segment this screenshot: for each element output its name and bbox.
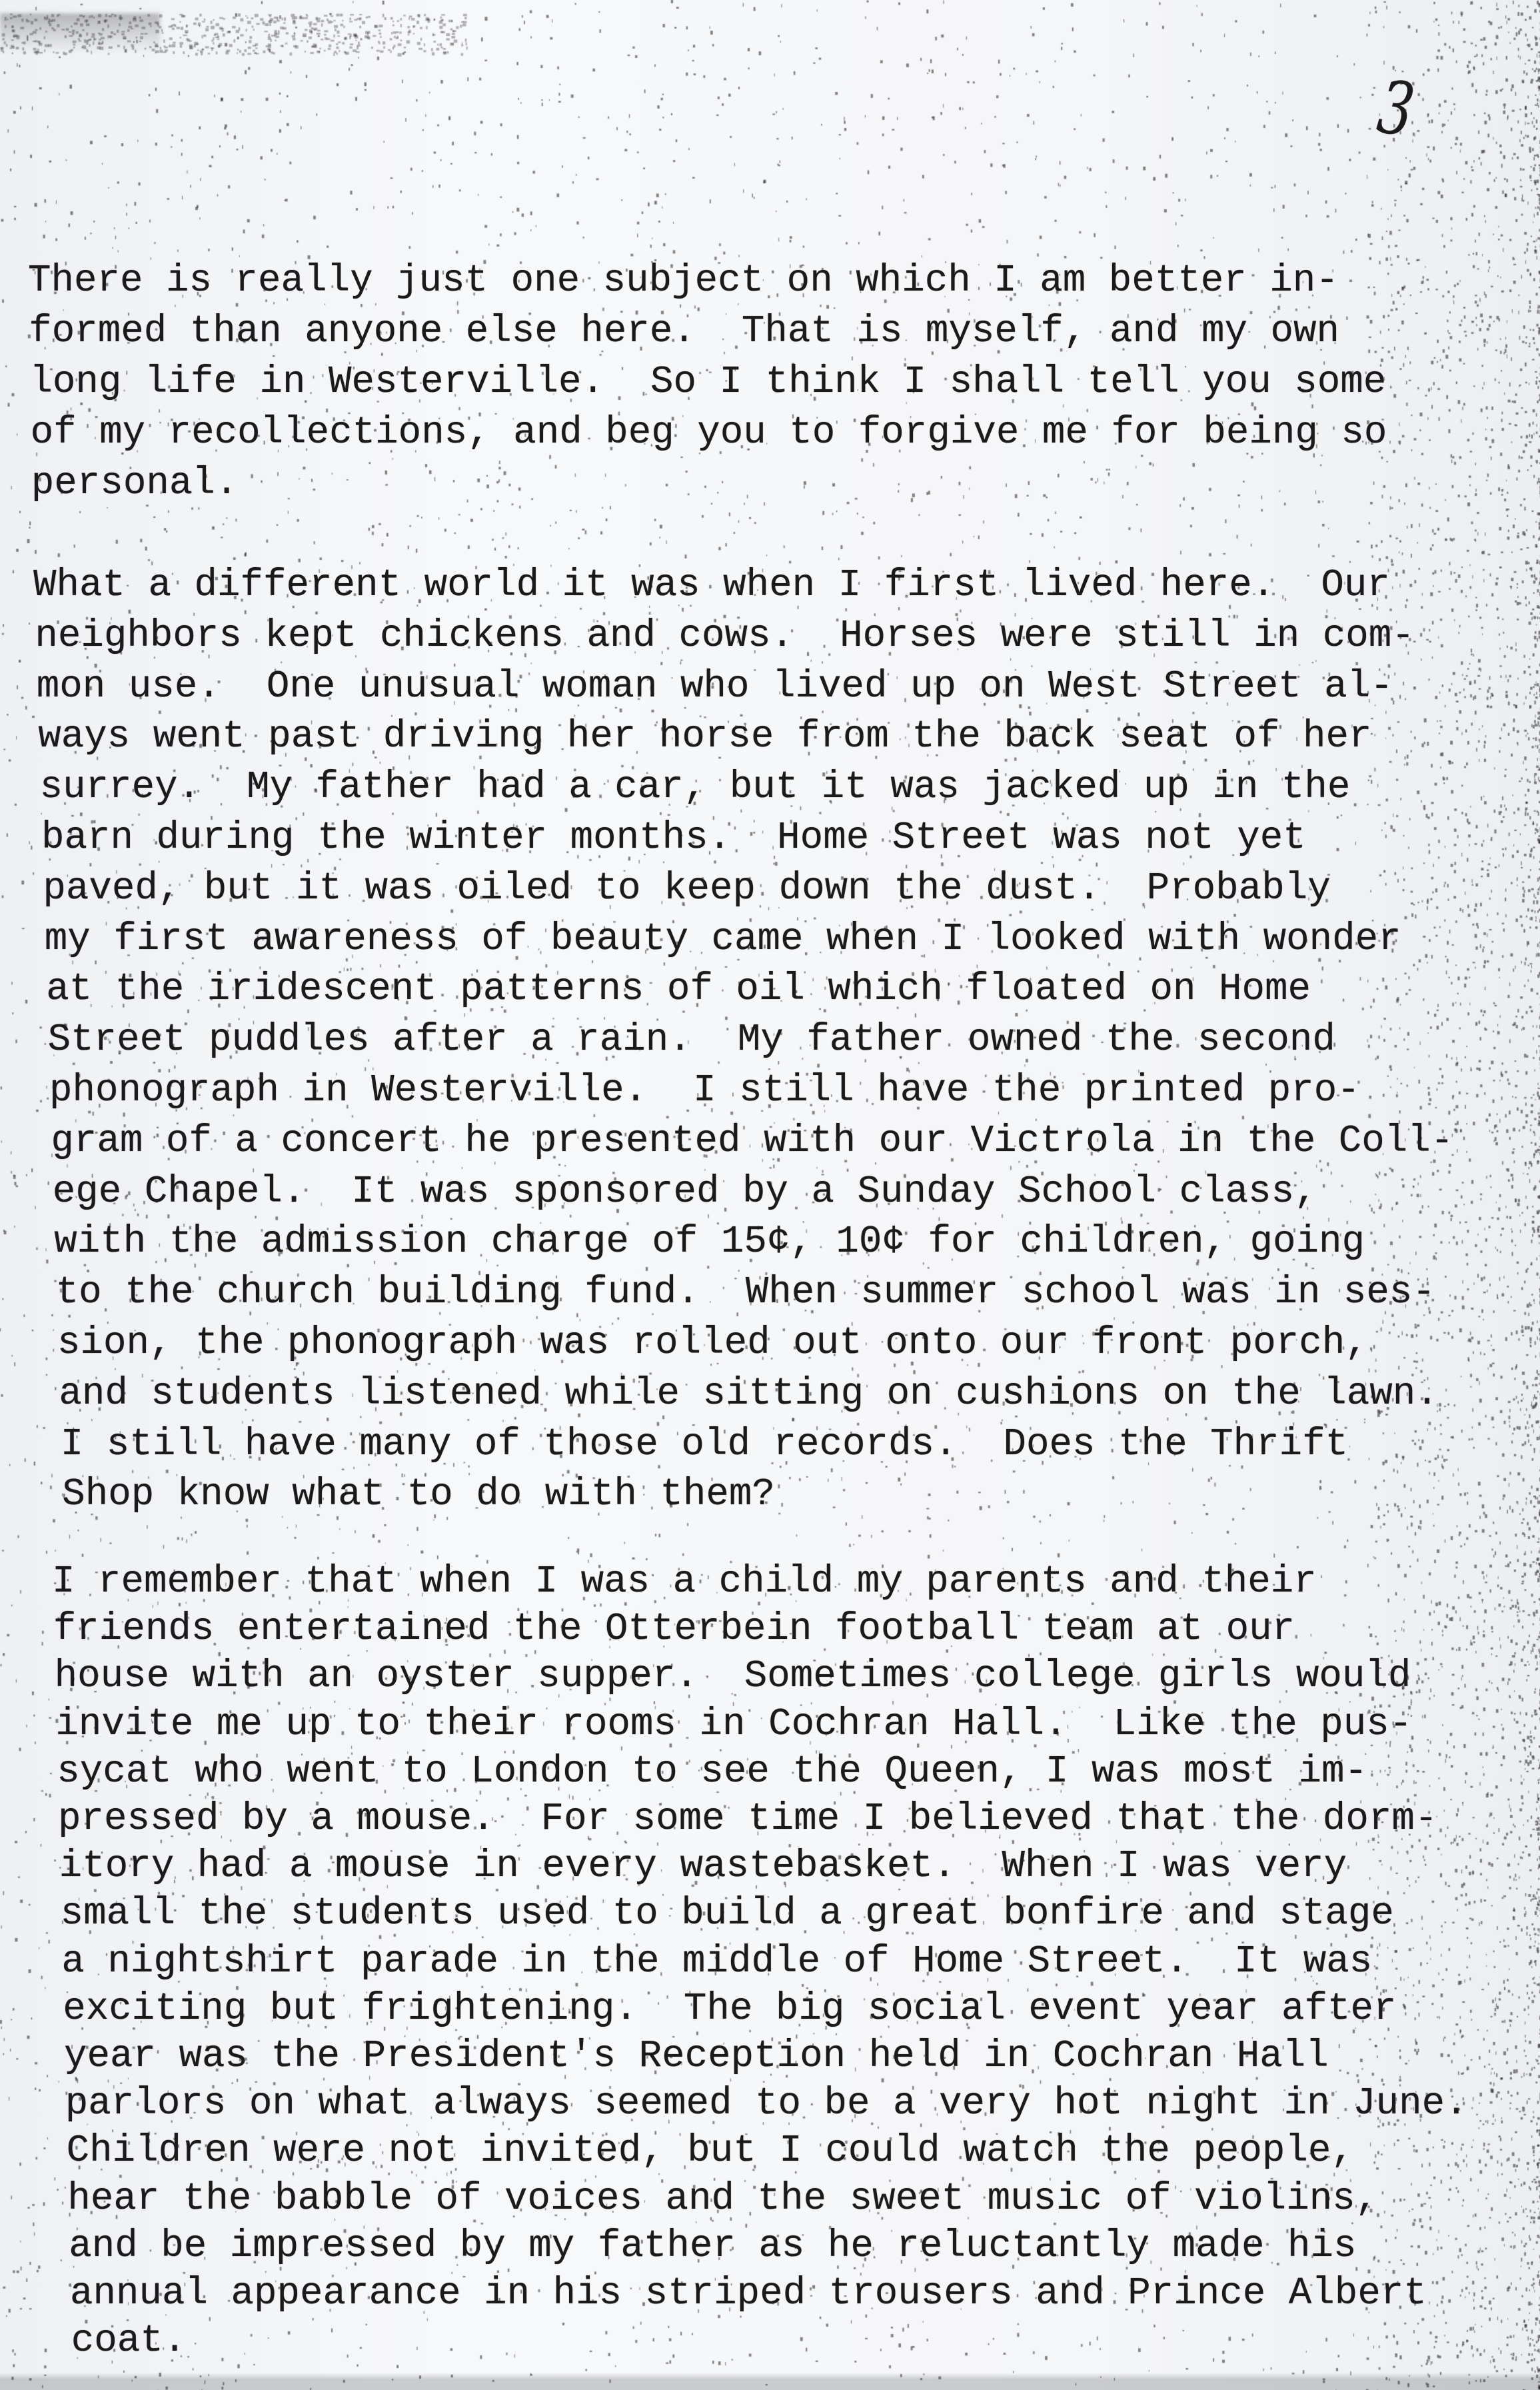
text-line: year was the President's Reception held … xyxy=(64,2037,1329,2076)
text-line: Street puddles after a rain. My father o… xyxy=(48,1021,1335,1060)
copier-smudge xyxy=(0,13,160,53)
text-line: to the church building fund. When summer… xyxy=(56,1274,1435,1312)
text-line: barn during the winter months. Home Stre… xyxy=(41,819,1306,858)
text-line: surrey. My father had a car, but it was … xyxy=(40,768,1351,807)
text-line: pressed by a mouse. For some time I beli… xyxy=(58,1800,1437,1839)
text-line: house with an oyster supper. Sometimes c… xyxy=(55,1658,1411,1696)
text-line: There is really just one subject on whic… xyxy=(28,262,1339,301)
text-line: What a different world it was when I fir… xyxy=(33,567,1390,605)
text-line: I remember that when I was a child my pa… xyxy=(52,1563,1317,1602)
text-line: of my recollections, and beg you to forg… xyxy=(31,414,1387,453)
text-line: small the students used to build a great… xyxy=(61,1895,1394,1933)
text-line: mon use. One unusual woman who lived up … xyxy=(37,668,1393,706)
text-line: sion, the phonograph was rolled out onto… xyxy=(57,1324,1368,1363)
text-line: coat. xyxy=(71,2322,187,2361)
text-line: itory had a mouse in every wastebasket. … xyxy=(59,1847,1347,1886)
text-line: ways went past driving her horse from th… xyxy=(38,718,1371,756)
scanned-page: 3 There is really just one subject on wh… xyxy=(0,0,1540,2390)
text-line: Shop know what to do with them? xyxy=(62,1476,775,1514)
text-line: at the iridescent patterns of oil which … xyxy=(46,970,1311,1009)
text-line: my first awareness of beauty came when I… xyxy=(45,920,1401,959)
text-line: with the admission charge of 15¢, 10¢ fo… xyxy=(54,1223,1365,1262)
text-line: Children were not invited, but I could w… xyxy=(67,2132,1354,2171)
text-line: phonograph in Westerville. I still have … xyxy=(49,1072,1360,1110)
text-line: invite me up to their rooms in Cochran H… xyxy=(55,1706,1412,1744)
text-line: ege Chapel. It was sponsored by a Sunday… xyxy=(53,1173,1317,1212)
text-line: friends entertained the Otterbein footba… xyxy=(53,1610,1295,1649)
text-line: a nightshirt parade in the middle of Hom… xyxy=(61,1943,1372,1981)
text-line: long life in Westerville. So I think I s… xyxy=(29,363,1386,402)
text-line: formed than anyone else here. That is my… xyxy=(29,313,1339,351)
text-line: sycat who went to London to see the Quee… xyxy=(57,1753,1367,1792)
text-line: paved, but it was oiled to keep down the… xyxy=(43,870,1330,908)
handwritten-page-number: 3 xyxy=(1373,70,1418,147)
text-line: and be impressed by my father as he relu… xyxy=(69,2227,1356,2266)
text-line: hear the babble of voices and the sweet … xyxy=(67,2180,1378,2219)
text-line: gram of a concert he presented with our … xyxy=(51,1122,1453,1161)
text-line: and students listened while sitting on c… xyxy=(59,1375,1438,1414)
text-line: parlors on what always seemed to be a ve… xyxy=(65,2085,1468,2123)
text-line: exciting but frightening. The big social… xyxy=(63,1990,1396,2029)
text-line: neighbors kept chickens and cows. Horses… xyxy=(35,617,1414,656)
text-line: personal. xyxy=(31,465,239,503)
text-line: annual appearance in his striped trouser… xyxy=(70,2275,1427,2313)
text-line: I still have many of those old records. … xyxy=(61,1426,1348,1464)
